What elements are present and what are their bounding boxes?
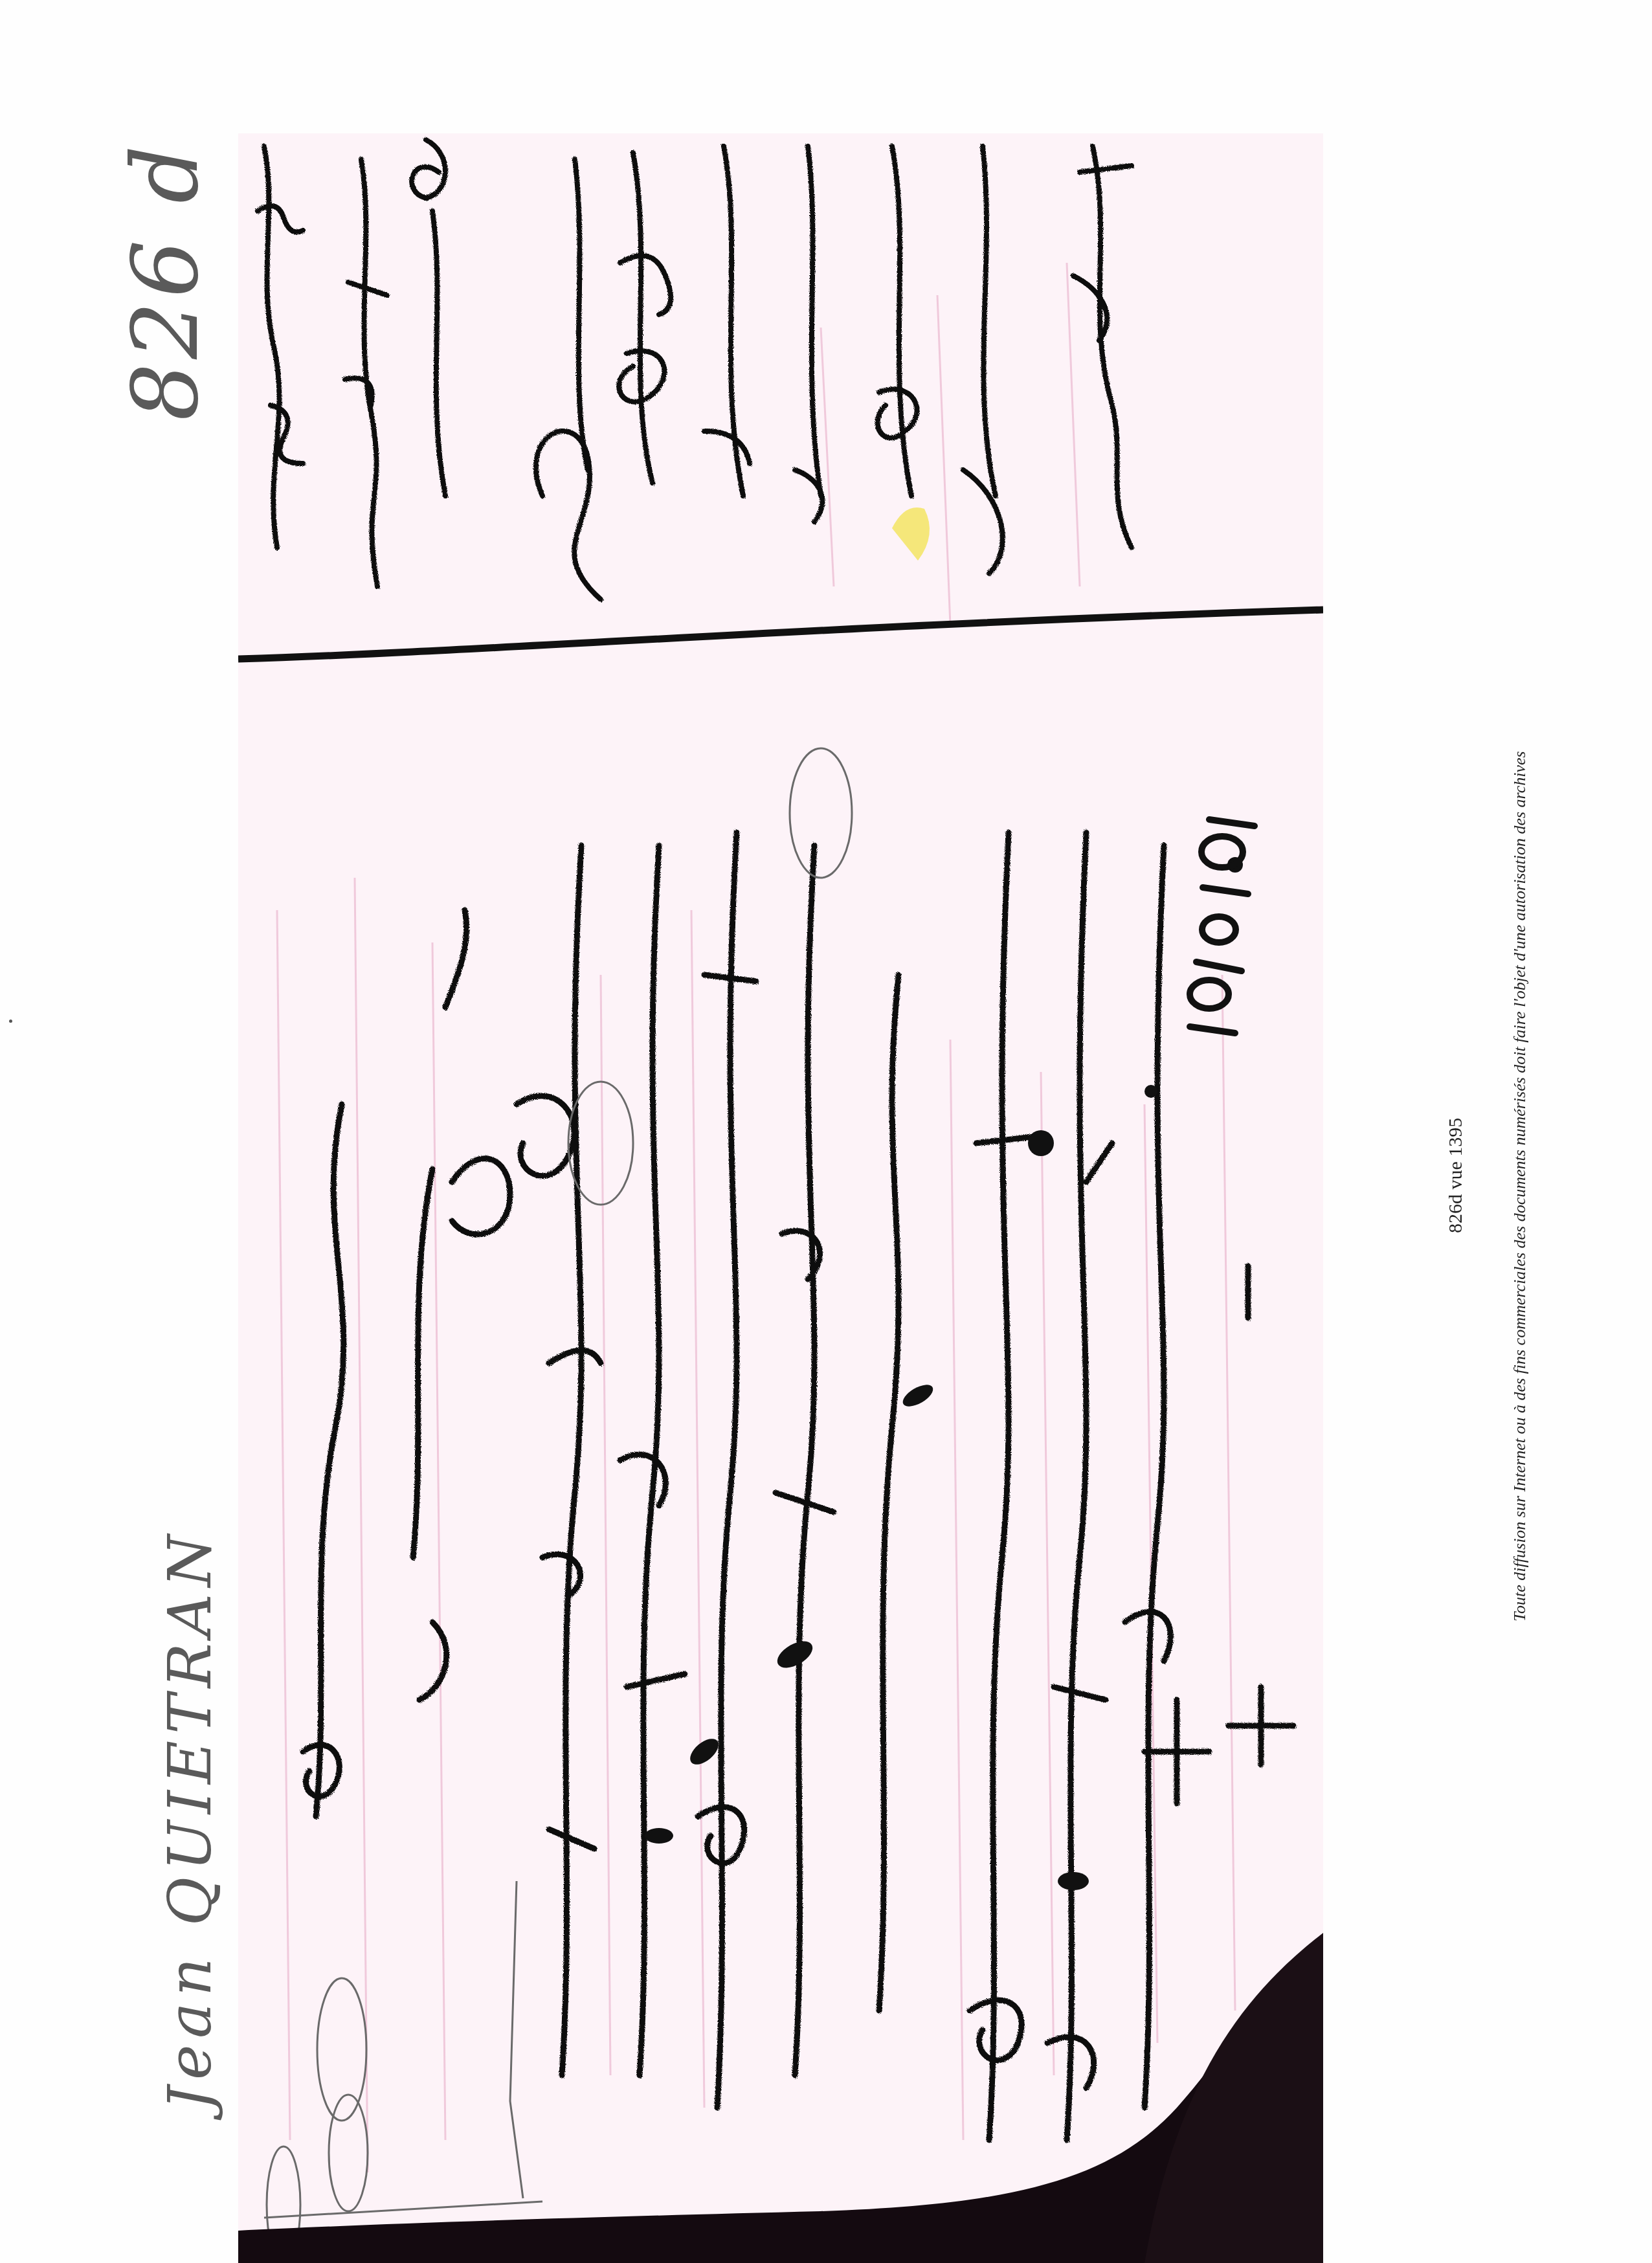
manuscript-handwriting — [238, 133, 1323, 2263]
pencil-name-annotation: Jean QUIETRAN — [155, 1528, 225, 2110]
manuscript-page — [238, 133, 1323, 2263]
archive-view-label: 826d vue 1395 — [1445, 1118, 1467, 1233]
pencil-reference-annotation: 826 d — [113, 142, 219, 421]
scan-speck — [9, 1020, 12, 1023]
archive-rights-notice: Toute diffusion sur Internet ou à des fi… — [1510, 751, 1530, 1622]
scanned-sheet: 826 d Jean QUIETRAN — [0, 0, 1652, 2263]
